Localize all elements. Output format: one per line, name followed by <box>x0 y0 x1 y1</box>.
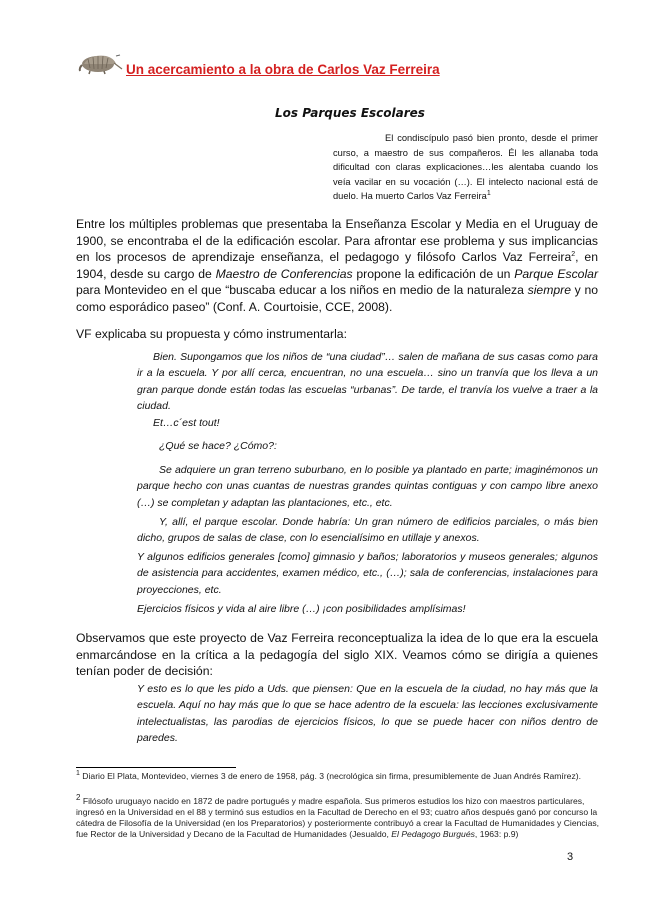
section-title: Los Parques Escolares <box>275 106 425 120</box>
quote-text: Y algunos edificios generales [como] gim… <box>137 551 598 596</box>
quote-text: ¿Qué se hace? ¿Cómo?: <box>159 440 277 452</box>
epigraph-text: El condiscípulo pasó bien pronto, desde … <box>333 133 598 201</box>
italic-term: Maestro de Conferencias <box>216 267 353 281</box>
quote-block: Y algunos edificios generales [como] gim… <box>137 549 598 598</box>
quote-block: Ejercicios físicos y vida al aire libre … <box>137 601 598 617</box>
quote-text: Se adquiere un gran terreno suburbano, e… <box>137 464 598 509</box>
quote-text: Y esto es lo que les pido a Uds. que pie… <box>137 683 598 744</box>
quote-block: Se adquiere un gran terreno suburbano, e… <box>137 462 598 511</box>
quote-block: Bien. Supongamos que los niños de “una c… <box>137 349 598 414</box>
footnote-number: 1 <box>76 770 80 777</box>
footnote-text: Filósofo uruguayo nacido en 1872 de padr… <box>76 796 599 839</box>
footnote-1: 1 Diario El Plata, Montevideo, viernes 3… <box>76 771 600 782</box>
page-header: Un acercamiento a la obra de Carlos Vaz … <box>76 50 440 76</box>
epigraph: El condiscípulo pasó bien pronto, desde … <box>333 131 598 204</box>
quote-block: ¿Qué se hace? ¿Cómo?: <box>137 438 598 454</box>
text-run: para Montevideo en el que “buscaba educa… <box>76 283 528 297</box>
footnote-text: , 1963: p.9) <box>475 829 518 839</box>
paragraph-observations: Observamos que este proyecto de Vaz Ferr… <box>76 630 598 680</box>
quote-text: Ejercicios físicos y vida al aire libre … <box>137 603 466 615</box>
text-run: propone la edificación de un <box>353 267 515 281</box>
footnote-text: Diario El Plata, Montevideo, viernes 3 d… <box>82 771 581 781</box>
footnote-number: 2 <box>76 793 80 802</box>
quote-text: Bien. Supongamos que los niños de “una c… <box>137 351 598 412</box>
footnote-separator <box>76 767 236 768</box>
document-title: Un acercamiento a la obra de Carlos Vaz … <box>126 62 440 77</box>
footnote-italic: El Pedagogo Burgués <box>391 829 475 839</box>
quote-text: Et…c´est tout! <box>153 417 220 429</box>
quote-text: Y, allí, el parque escolar. Donde habría… <box>137 516 598 544</box>
quote-block-final: Y esto es lo que les pido a Uds. que pie… <box>137 681 598 746</box>
quote-block: Et…c´est tout! <box>137 415 598 431</box>
paragraph-intro: Entre los múltiples problemas que presen… <box>76 216 598 316</box>
page-number: 3 <box>567 851 573 863</box>
footnote-ref-1[interactable]: 1 <box>487 190 491 197</box>
quote-block: Y, allí, el parque escolar. Donde habría… <box>137 514 598 547</box>
paragraph-vf-explains: VF explicaba su propuesta y cómo instrum… <box>76 326 598 343</box>
italic-term: Parque Escolar <box>514 267 598 281</box>
document-page: Un acercamiento a la obra de Carlos Vaz … <box>0 0 646 917</box>
armadillo-icon <box>76 50 124 76</box>
text-run: Entre los múltiples problemas que presen… <box>76 217 598 264</box>
italic-term: siempre <box>528 283 571 297</box>
footnote-2: 2 Filósofo uruguayo nacido en 1872 de pa… <box>76 796 600 840</box>
